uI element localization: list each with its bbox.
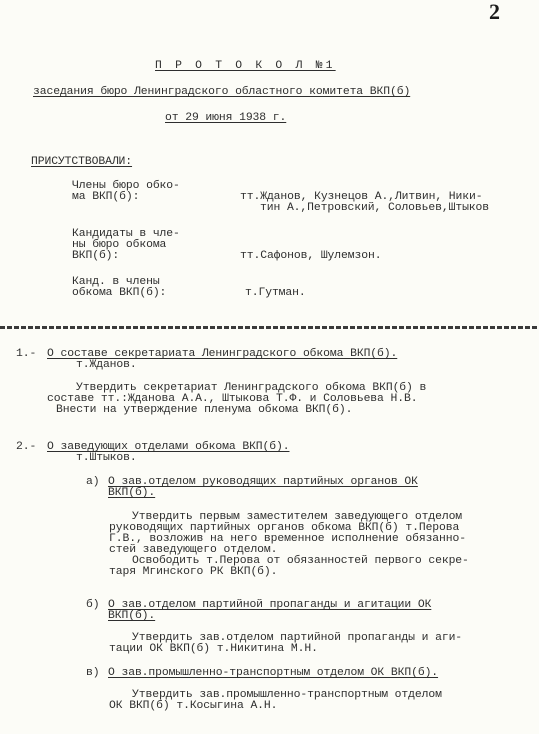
group-label-line: обкома ВКП(б): — [72, 288, 166, 298]
subitem-letter: в) — [86, 668, 99, 678]
item-text-line: Утвердить секретариат Ленинградского обк… — [76, 383, 426, 393]
item-text-line: Внести на утверждение пленума обкома ВКП… — [56, 405, 352, 415]
group-label-line: ВКП(б): — [72, 251, 119, 261]
subitem-title-line: О зав.отделом партийной пропаганды и аги… — [108, 600, 431, 610]
document-date: от 29 июня 1938 г. — [165, 113, 286, 123]
separator-line — [0, 326, 539, 329]
subitem-title-line: ВКП(б). — [108, 488, 155, 498]
item-speaker: т.Жданов. — [76, 360, 137, 370]
subitem-text-line: Утвердить зав.промышленно-транспортным о… — [132, 690, 442, 700]
document-subtitle: заседания бюро Ленинградского областного… — [33, 87, 410, 97]
subitem-text-line: Утвердить первым заместителем заведующег… — [132, 512, 462, 522]
group-label-line: ма ВКП(б): — [72, 192, 139, 202]
subitem-text-line: Освободить т.Перова от обязанностей перв… — [132, 556, 469, 566]
subitem-letter: а) — [86, 477, 99, 487]
subitem-text-line: Г.В., возложив на него временное исполне… — [109, 534, 466, 544]
subitem-title-line: ВКП(б). — [108, 611, 155, 621]
group-label-line: Кандидаты в чле- — [72, 229, 180, 239]
item-number: 1.- — [16, 349, 36, 359]
group-names-line: тт.Жданов, Кузнецов А.,Литвин, Ники- — [240, 192, 482, 202]
group-names-line: т.Гутман. — [245, 288, 306, 298]
subitem-letter: б) — [86, 600, 99, 610]
subitem-title-line: О зав.промышленно-транспортным отделом О… — [108, 668, 438, 678]
attendance-heading: ПРИСУТСТВОВАЛИ: — [31, 157, 132, 167]
subitem-text-line: таря Мгинского РК ВКП(б). — [109, 567, 277, 577]
subitem-text-line: стей заведующего отделом. — [109, 545, 277, 555]
page-number: 2 — [489, 0, 500, 25]
subitem-text-line: руководящих партийных органов обкома ВКП… — [109, 523, 459, 533]
subitem-text-line: тации ОК ВКП(б) т.Никитина М.Н. — [109, 644, 318, 654]
group-label-line: Члены бюро обко- — [72, 181, 180, 191]
item-speaker: т.Штыков. — [76, 453, 137, 463]
subitem-title-line: О зав.отделом руководящих партийных орга… — [108, 477, 418, 487]
item-title: О заведующих отделами обкома ВКП(б). — [47, 442, 289, 452]
group-label-line: Канд. в члены — [72, 277, 160, 287]
document-page: 2 П Р О Т О К О Л №1 заседания бюро Лени… — [0, 0, 539, 734]
item-title: О составе секретариата Ленинградского об… — [47, 349, 397, 359]
group-names-line: тт.Сафонов, Шулемзон. — [240, 251, 381, 261]
item-text-line: составе тт.:Жданова А.А., Штыкова Т.Ф. и… — [47, 394, 417, 404]
group-names-line: тин А.,Петровский, Соловьев,Штыков — [260, 203, 489, 213]
item-number: 2.- — [16, 442, 36, 452]
group-label-line: ны бюро обкома — [72, 240, 166, 250]
subitem-text-line: ОК ВКП(б) т.Косыгина А.Н. — [109, 701, 277, 711]
subitem-text-line: Утвердить зав.отделом партийной пропаган… — [132, 633, 462, 643]
document-title: П Р О Т О К О Л №1 — [155, 61, 336, 71]
